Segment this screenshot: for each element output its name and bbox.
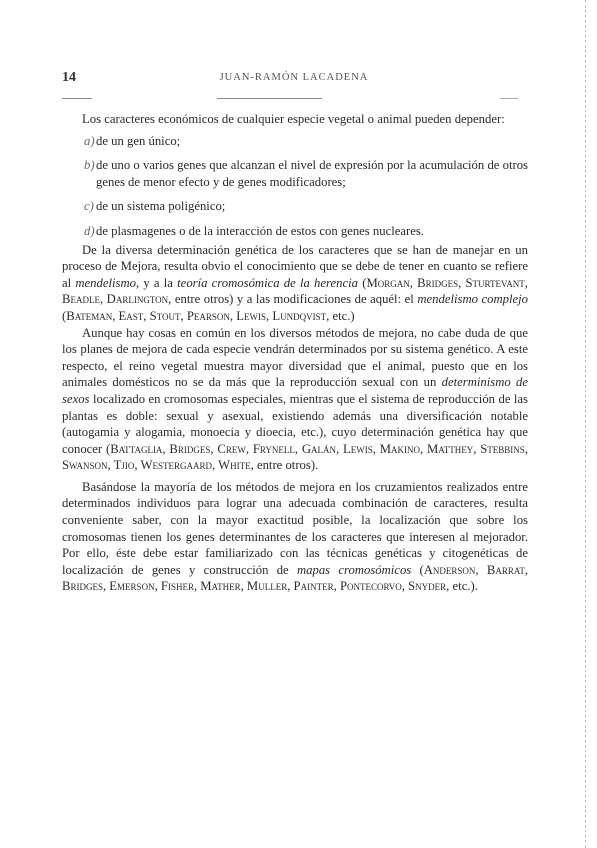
text-run: , y a la — [136, 276, 177, 290]
list-label: a) — [84, 133, 95, 150]
list-text: de plasmagenes o de la interacción de es… — [96, 223, 528, 240]
paragraph-breeding-methods: Aunque hay cosas en común en los diverso… — [62, 325, 528, 474]
book-page: 14 JUAN-RAMÓN LACADENA Los caracteres ec… — [0, 0, 597, 848]
dependency-list: a) de un gen único; b) de uno o varios g… — [62, 133, 528, 240]
list-text: de uno o varios genes que alcanzan el ni… — [96, 157, 528, 190]
header-rule — [217, 98, 322, 99]
paragraph-genetic-determination: De la diversa determinación genética de … — [62, 242, 528, 325]
text-run: entre otros) y a las modificaciones de a… — [171, 292, 417, 306]
list-item: b) de uno o varios genes que alcanzan el… — [62, 157, 528, 190]
text-run: ( — [411, 563, 424, 577]
list-text: de un gen único; — [96, 133, 528, 150]
list-item: d) de plasmagenes o de la interacción de… — [62, 223, 528, 240]
intro-paragraph: Los caracteres económicos de cualquier e… — [62, 111, 528, 128]
list-item: a) de un gen único; — [62, 133, 528, 150]
header-rule — [62, 98, 92, 99]
list-label: d) — [84, 223, 95, 240]
list-item: c) de un sistema poligénico; — [62, 198, 528, 215]
list-label: b) — [84, 157, 95, 174]
running-head: JUAN-RAMÓN LACADENA — [62, 72, 526, 83]
header-rule — [500, 98, 518, 99]
text-run: entre otros). — [254, 458, 318, 472]
page-edge-shadow — [585, 0, 586, 848]
emphasis: mapas cromosómicos — [297, 563, 411, 577]
page-header: 14 JUAN-RAMÓN LACADENA — [62, 70, 526, 92]
text-run: etc.). — [449, 579, 478, 593]
emphasis: teoría cromosómica de la herencia — [177, 276, 358, 290]
text-run: etc.) — [329, 309, 354, 323]
body-text: Los caracteres económicos de cualquier e… — [62, 111, 528, 595]
list-label: c) — [84, 198, 94, 215]
emphasis: mendelismo complejo — [417, 292, 528, 306]
list-text: de un sistema poligénico; — [96, 198, 528, 215]
author-names: Bateman, East, Stout, Pearson, Lewis, Lu… — [66, 309, 329, 323]
paragraph-chromosome-maps: Basándose la mayoría de los métodos de m… — [62, 479, 528, 595]
emphasis: mendelismo — [75, 276, 136, 290]
